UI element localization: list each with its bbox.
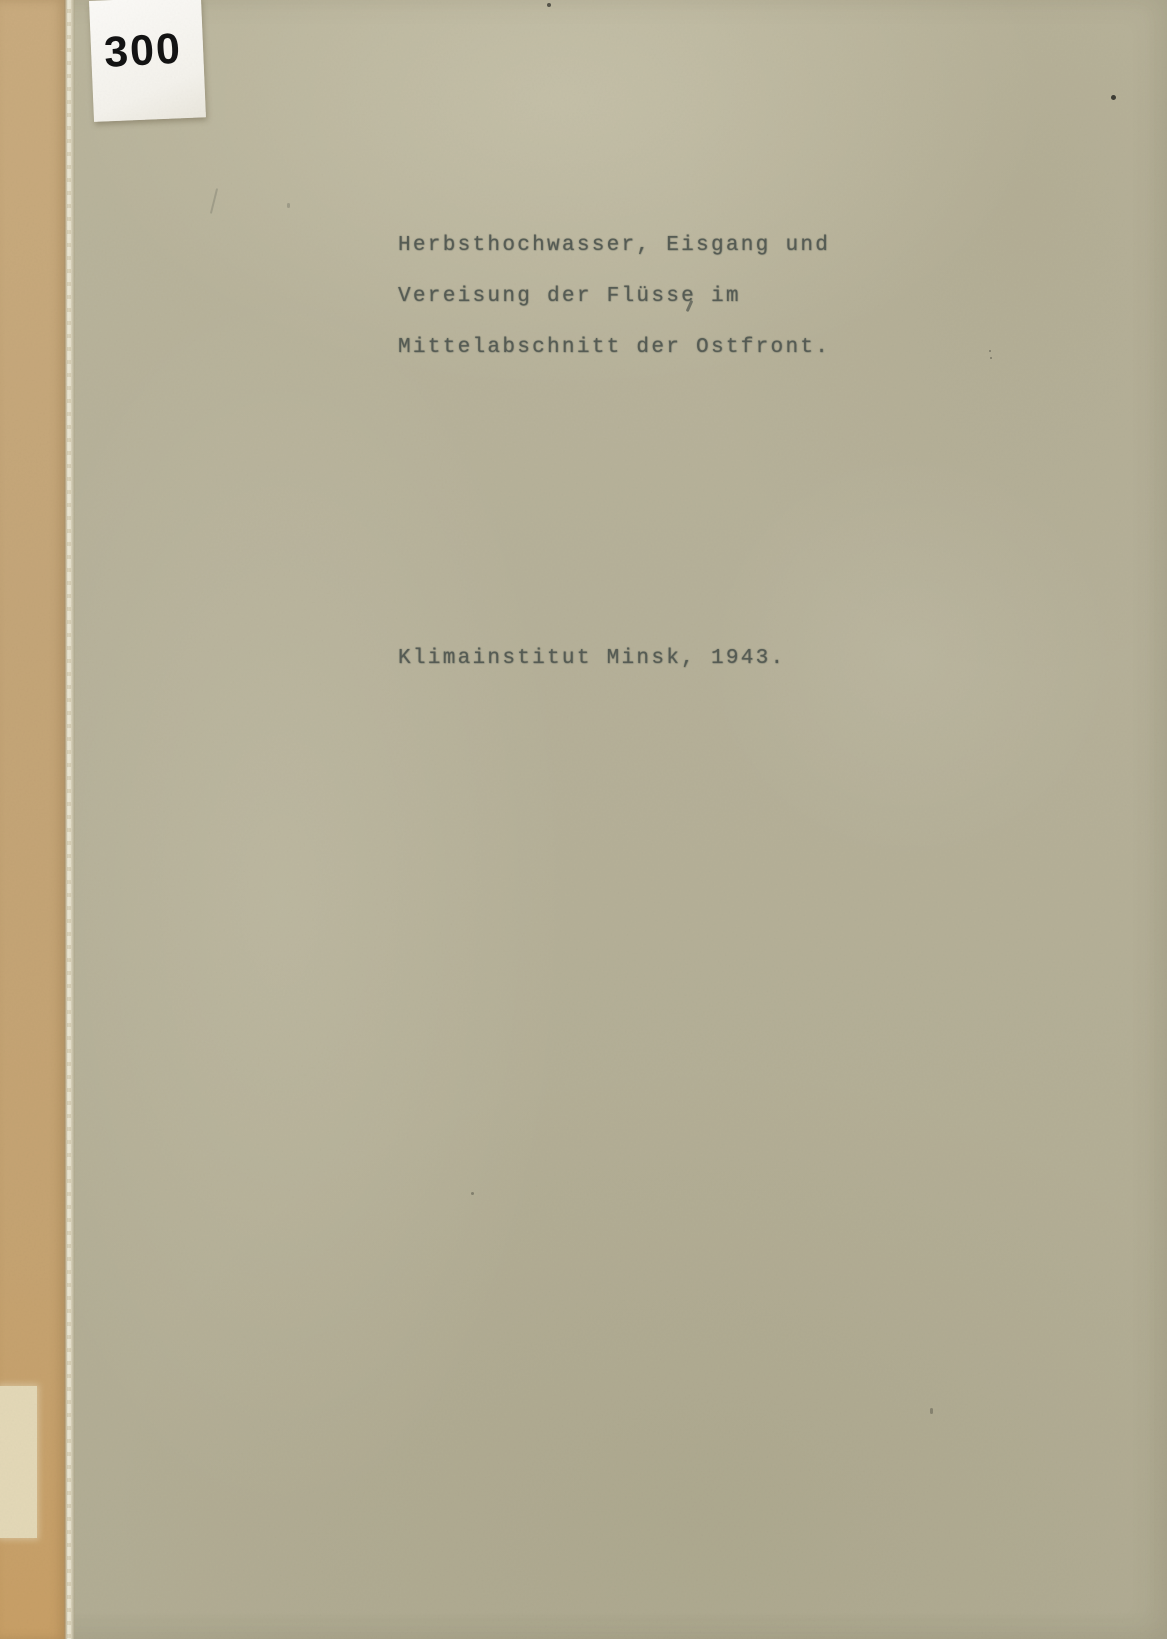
title-line-2: Vereisung der Flüsse im xyxy=(398,271,830,322)
library-label-sticker: 300 xyxy=(89,0,206,122)
scan-speck xyxy=(990,357,992,359)
scanned-cover-page: 300 Herbsthochwasser, Eisgang und Vereis… xyxy=(0,0,1167,1639)
binding-pale-patch xyxy=(0,1386,37,1538)
imprint-line: Klimainstitut Minsk, 1943. xyxy=(398,645,785,673)
scan-speck xyxy=(1111,95,1116,100)
title-line-3: Mittelabschnitt der Ostfront. xyxy=(398,322,830,373)
scan-speck xyxy=(930,1408,933,1414)
title-block: Herbsthochwasser, Eisgang und Vereisung … xyxy=(398,220,830,373)
scan-mark xyxy=(287,203,290,208)
label-number: 300 xyxy=(103,25,183,78)
binding-seam xyxy=(64,0,75,1639)
scan-speck xyxy=(989,350,991,352)
scan-speck xyxy=(547,3,551,7)
title-line-1: Herbsthochwasser, Eisgang und xyxy=(398,220,830,271)
scan-speck xyxy=(471,1192,474,1195)
